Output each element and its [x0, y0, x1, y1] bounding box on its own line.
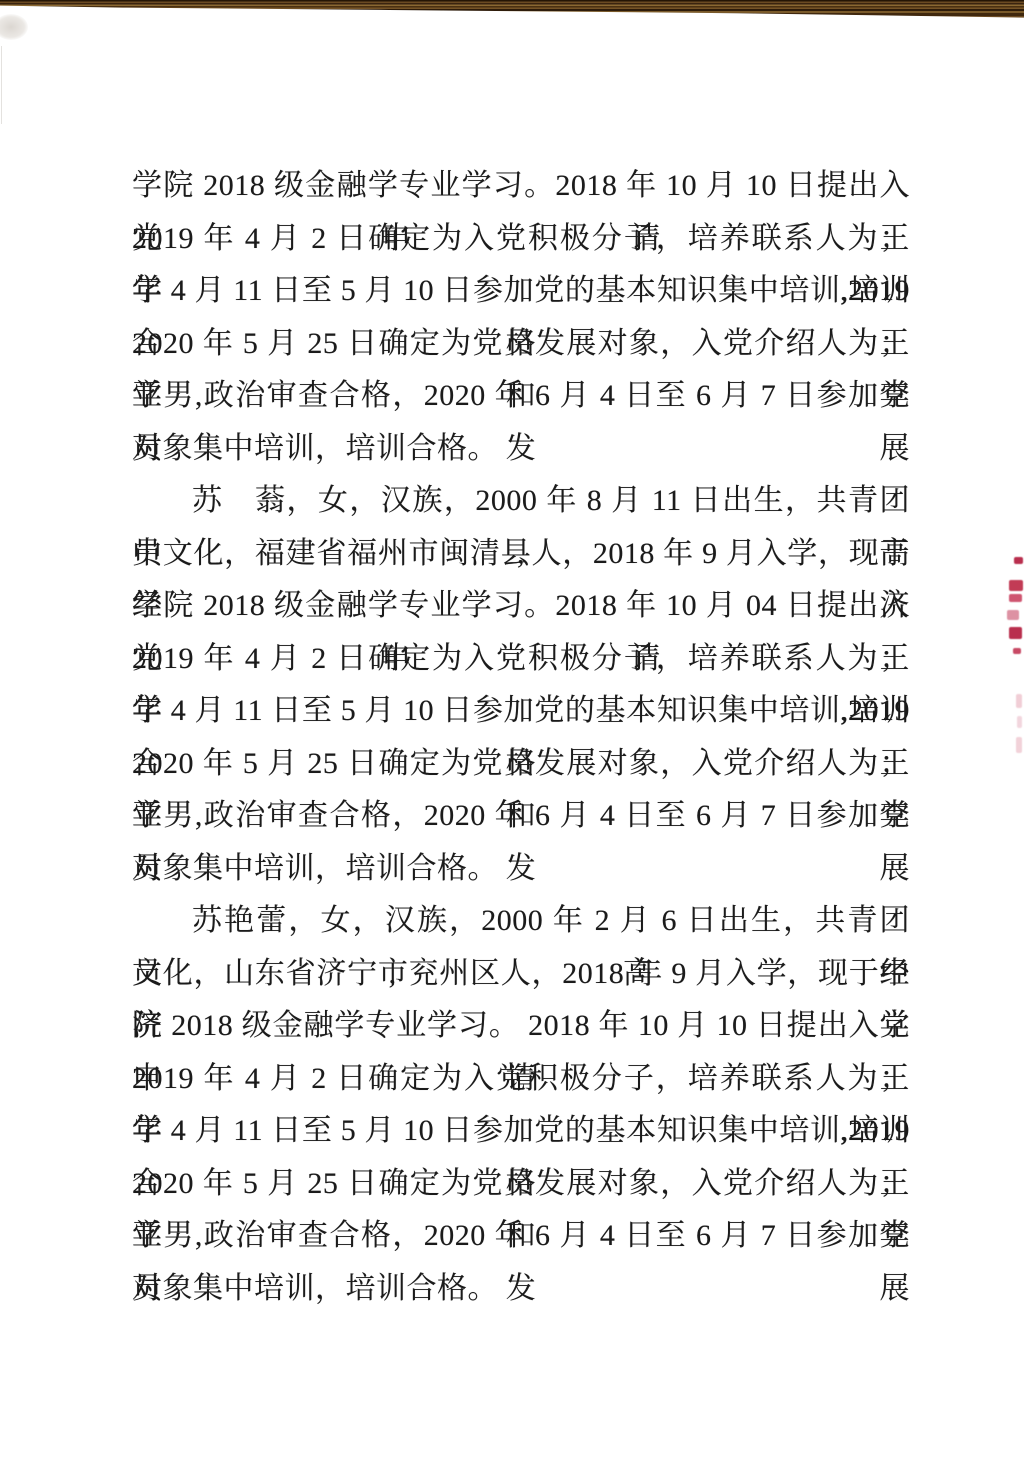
text-line: 2020 年 5 月 25 日确定为党员发展对象，入党介绍人为王学和李: [132, 1158, 910, 1211]
paragraph: 学院 2018 级金融学专业学习。2018 年 10 月 10 日提出入党申请；…: [132, 160, 910, 475]
scanned-document-page: 学院 2018 级金融学专业学习。2018 年 10 月 10 日提出入党申请；…: [0, 0, 1024, 1475]
text-line: 年 4 月 11 日至 5 月 10 日参加党的基本知识集中培训,培训合格；: [132, 685, 910, 738]
red-edge-stamp-fragment: [1009, 580, 1023, 591]
red-edge-stamp-fragment: [1009, 594, 1022, 602]
text-line: 年 4 月 11 日至 5 月 10 日参加党的基本知识集中培训,培训合格；: [132, 1105, 910, 1158]
red-edge-stamp-fragment: [1017, 716, 1022, 728]
scan-left-edge-line: [1, 46, 2, 124]
text-line: 2020 年 5 月 25 日确定为党员发展对象，入党介绍人为王学和李: [132, 318, 910, 371]
text-line: 2019 年 4 月 2 日确定为入党积极分子，培养联系人为王学,2019: [132, 213, 910, 266]
text-line: 学院 2018 级金融学专业学习。2018 年 10 月 04 日提出入党申请；: [132, 580, 910, 633]
red-edge-stamp-fragment: [1009, 627, 1022, 639]
text-line: 年 4 月 11 日至 5 月 10 日参加党的基本知识集中培训,培训合格；: [132, 265, 910, 318]
text-line: 亚男,政治审查合格，2020 年 6 月 4 日至 6 月 7 日参加党员发展: [132, 1210, 910, 1263]
text-line: 2019 年 4 月 2 日确定为入党积极分子，培养联系人为王学,2019: [132, 633, 910, 686]
text-line: 苏 蓊，女，汉族，2000 年 8 月 11 日出生，共青团员,高: [132, 475, 910, 528]
text-line: 学院 2018 级金融学专业学习。2018 年 10 月 10 日提出入党申请；: [132, 160, 910, 213]
red-edge-stamp-fragment: [1016, 737, 1022, 753]
text-line: 2020 年 5 月 25 日确定为党员发展对象，入党介绍人为王学和李: [132, 738, 910, 791]
scan-corner-smudge: [0, 14, 28, 40]
paragraph: 苏 蓊，女，汉族，2000 年 8 月 11 日出生，共青团员,高中文化，福建省…: [132, 475, 910, 895]
document-body: 学院 2018 级金融学专业学习。2018 年 10 月 10 日提出入党申请；…: [132, 160, 910, 1315]
red-edge-stamp-fragment: [1016, 694, 1022, 708]
text-line: 2019 年 4 月 2 日确定为入党积极分子，培养联系人为王学,2019: [132, 1053, 910, 1106]
text-line: 苏艳蕾，女，汉族，2000 年 2 月 6 日出生，共青团员,高中: [132, 895, 910, 948]
text-line: 亚男,政治审查合格，2020 年 6 月 4 日至 6 月 7 日参加党员发展: [132, 370, 910, 423]
paragraph: 苏艳蕾，女，汉族，2000 年 2 月 6 日出生，共青团员,高中文化，山东省济…: [132, 895, 910, 1315]
text-line: 院 2018 级金融学专业学习。 2018 年 10 月 10 日提出入党申请；: [132, 1000, 910, 1053]
red-edge-stamp-fragment: [1014, 557, 1023, 564]
text-line: 文化，山东省济宁市兖州区人，2018 年 9 月入学，现于经济学: [132, 948, 910, 1001]
text-line: 中文化，福建省福州市闽清县人，2018 年 9 月入学，现于经济: [132, 528, 910, 581]
text-line: 亚男,政治审查合格，2020 年 6 月 4 日至 6 月 7 日参加党员发展: [132, 790, 910, 843]
red-edge-stamp-fragment: [1013, 648, 1021, 654]
scan-edge-wood-band: [0, 0, 1024, 20]
red-edge-stamp-fragment: [1007, 610, 1019, 620]
